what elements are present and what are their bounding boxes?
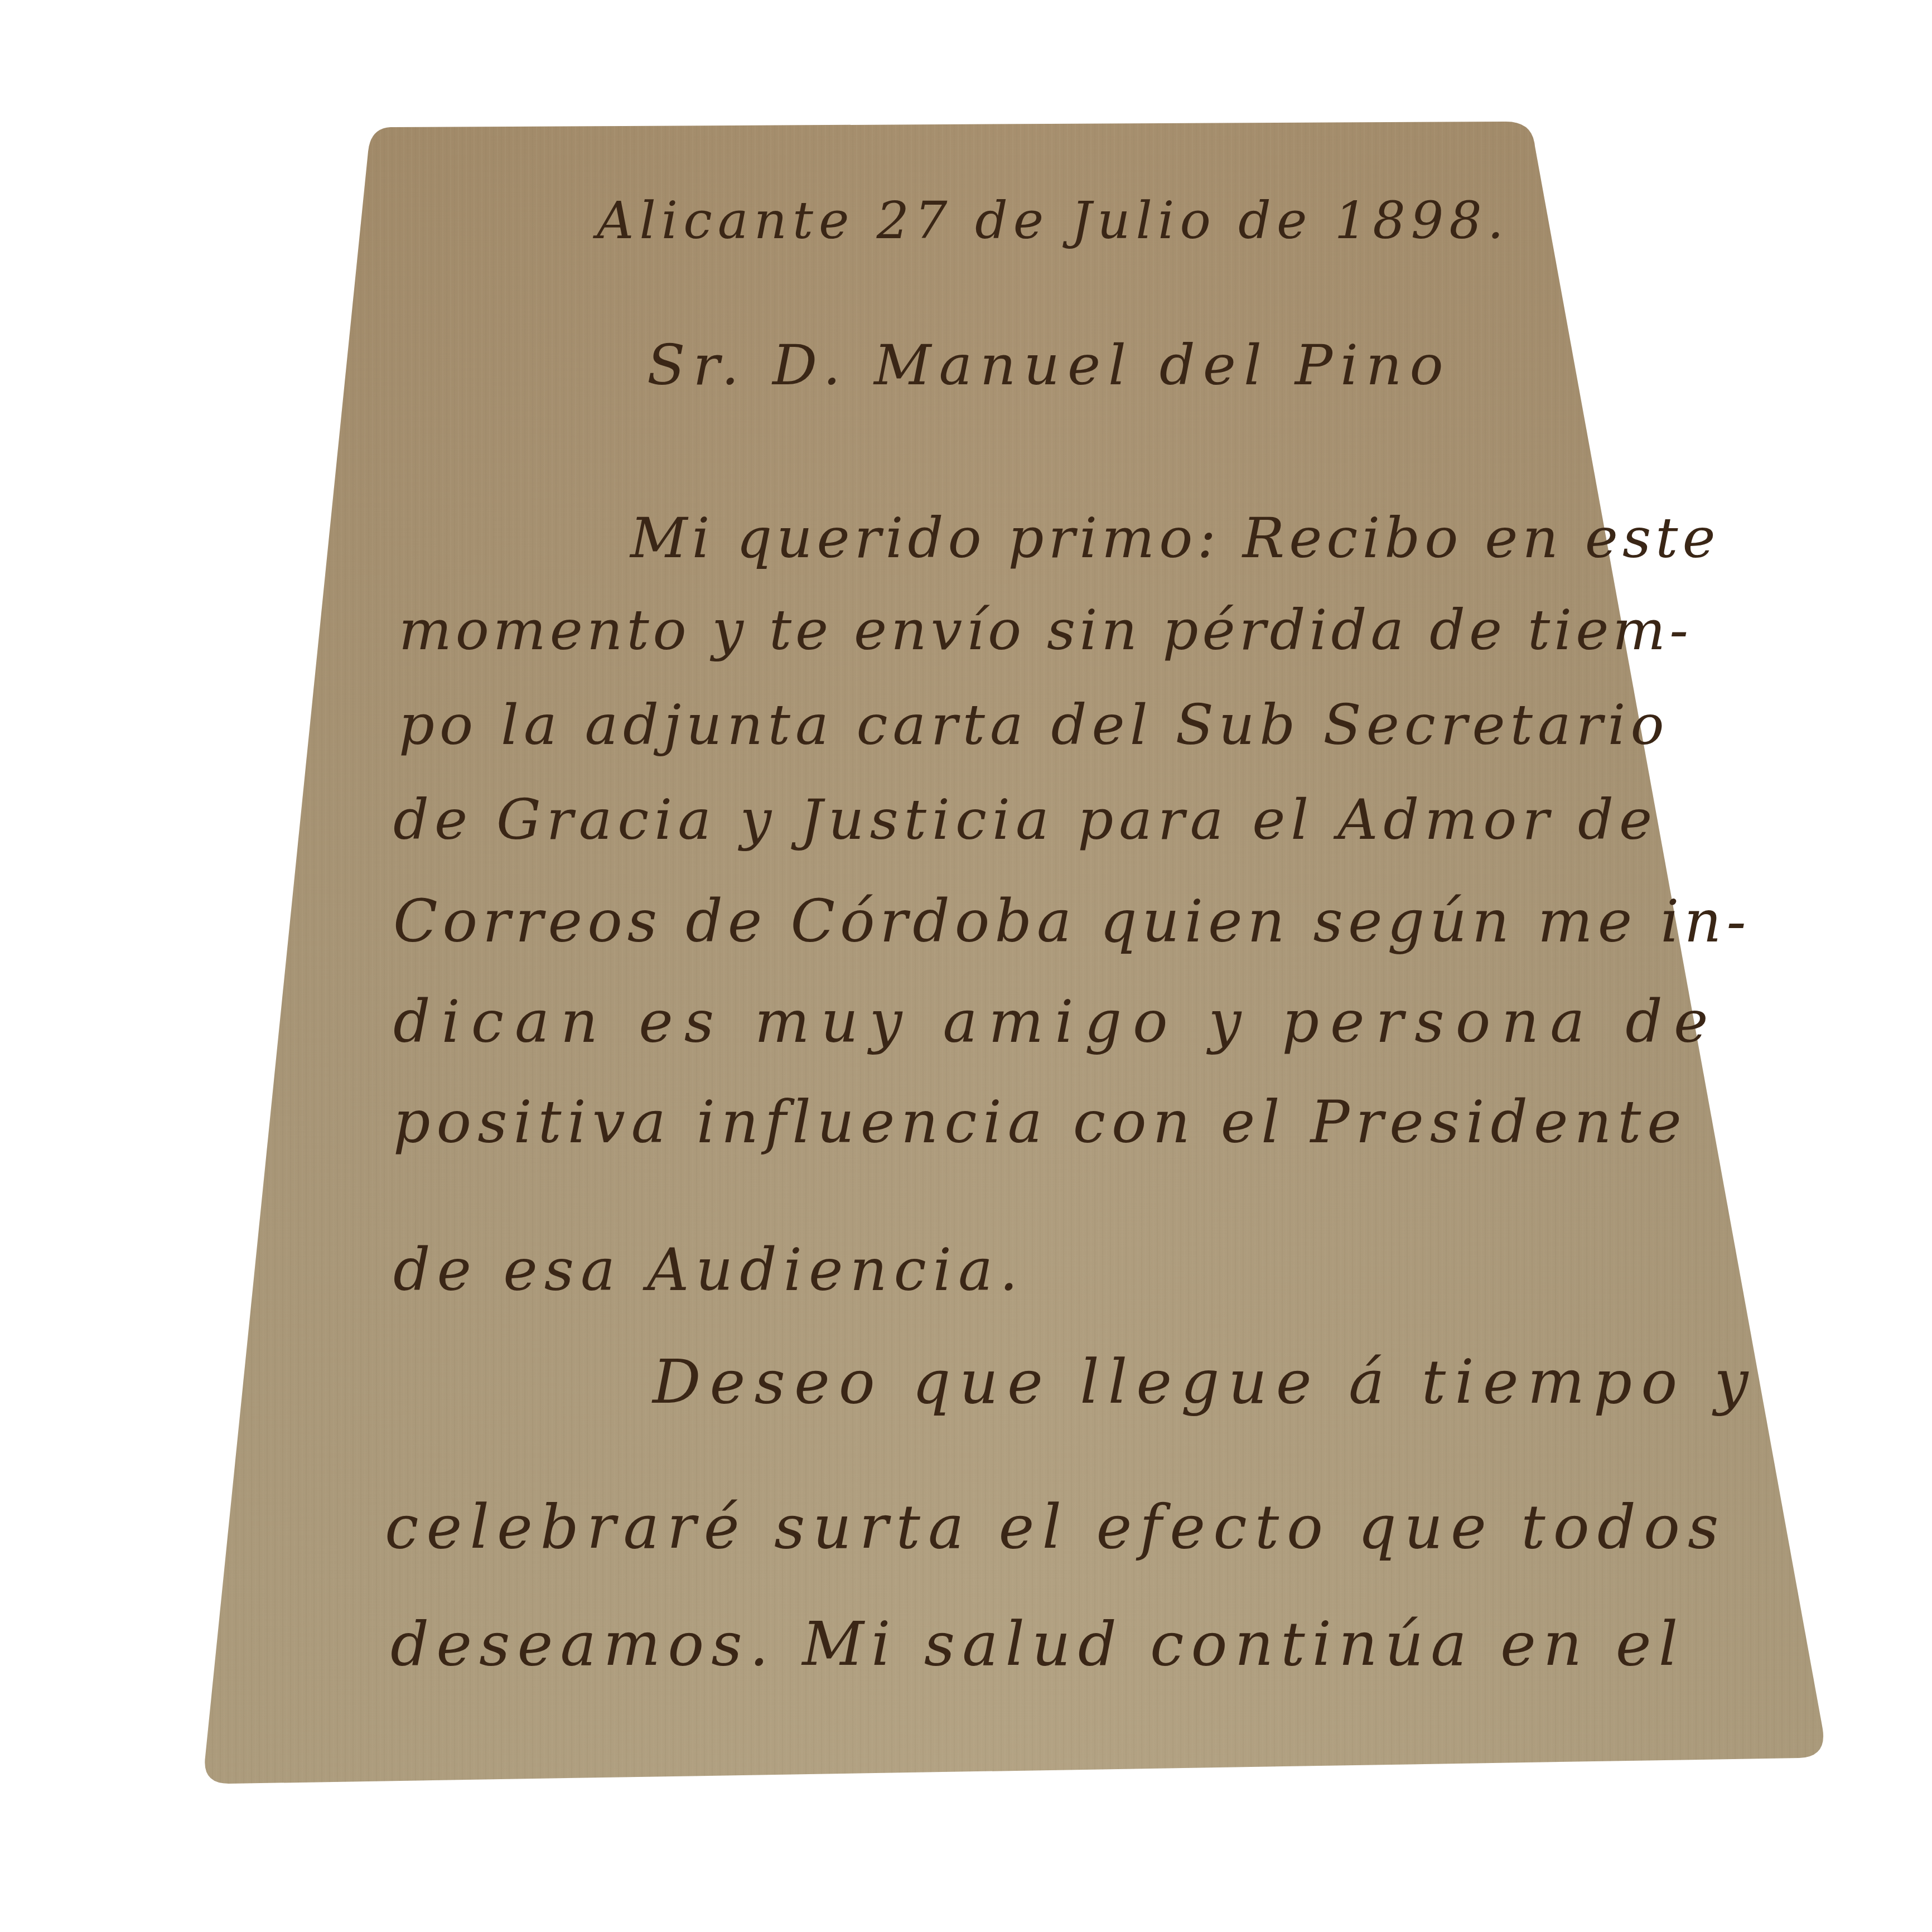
photo-scene: Alicante 27 de Julio de 1898. Sr. D. Man… [0,0,1932,1932]
body-line: dican es muy amigo y persona de [393,993,1719,1051]
place-date-line: Alicante 27 de Julio de 1898. [597,195,1509,247]
body-line: Mi querido primo: Recibo en este [630,510,1720,566]
body-line: celebraré surta el efecto que todos [385,1498,1726,1558]
body-line: deseamos. Mi salud continúa en el [390,1615,1685,1675]
letter-paper: Alicante 27 de Julio de 1898. Sr. D. Man… [0,0,1932,1932]
body-line: positiva influencia con el Presidente [393,1093,1688,1151]
addressee-line: Sr. D. Manuel del Pino [647,337,1451,393]
body-line: Correos de Córdoba quien según me in- [393,892,1751,950]
body-line: Deseo que llegue á tiempo y [653,1353,1757,1413]
body-line: de esa Audiencia. [393,1241,1025,1299]
body-line: po la adjunta carta del Sub Secretario [399,697,1669,753]
body-line: de Gracia y Justicia para el Admor de [393,792,1658,848]
body-line: momento y te envío sin pérdida de tiem- [399,602,1692,658]
